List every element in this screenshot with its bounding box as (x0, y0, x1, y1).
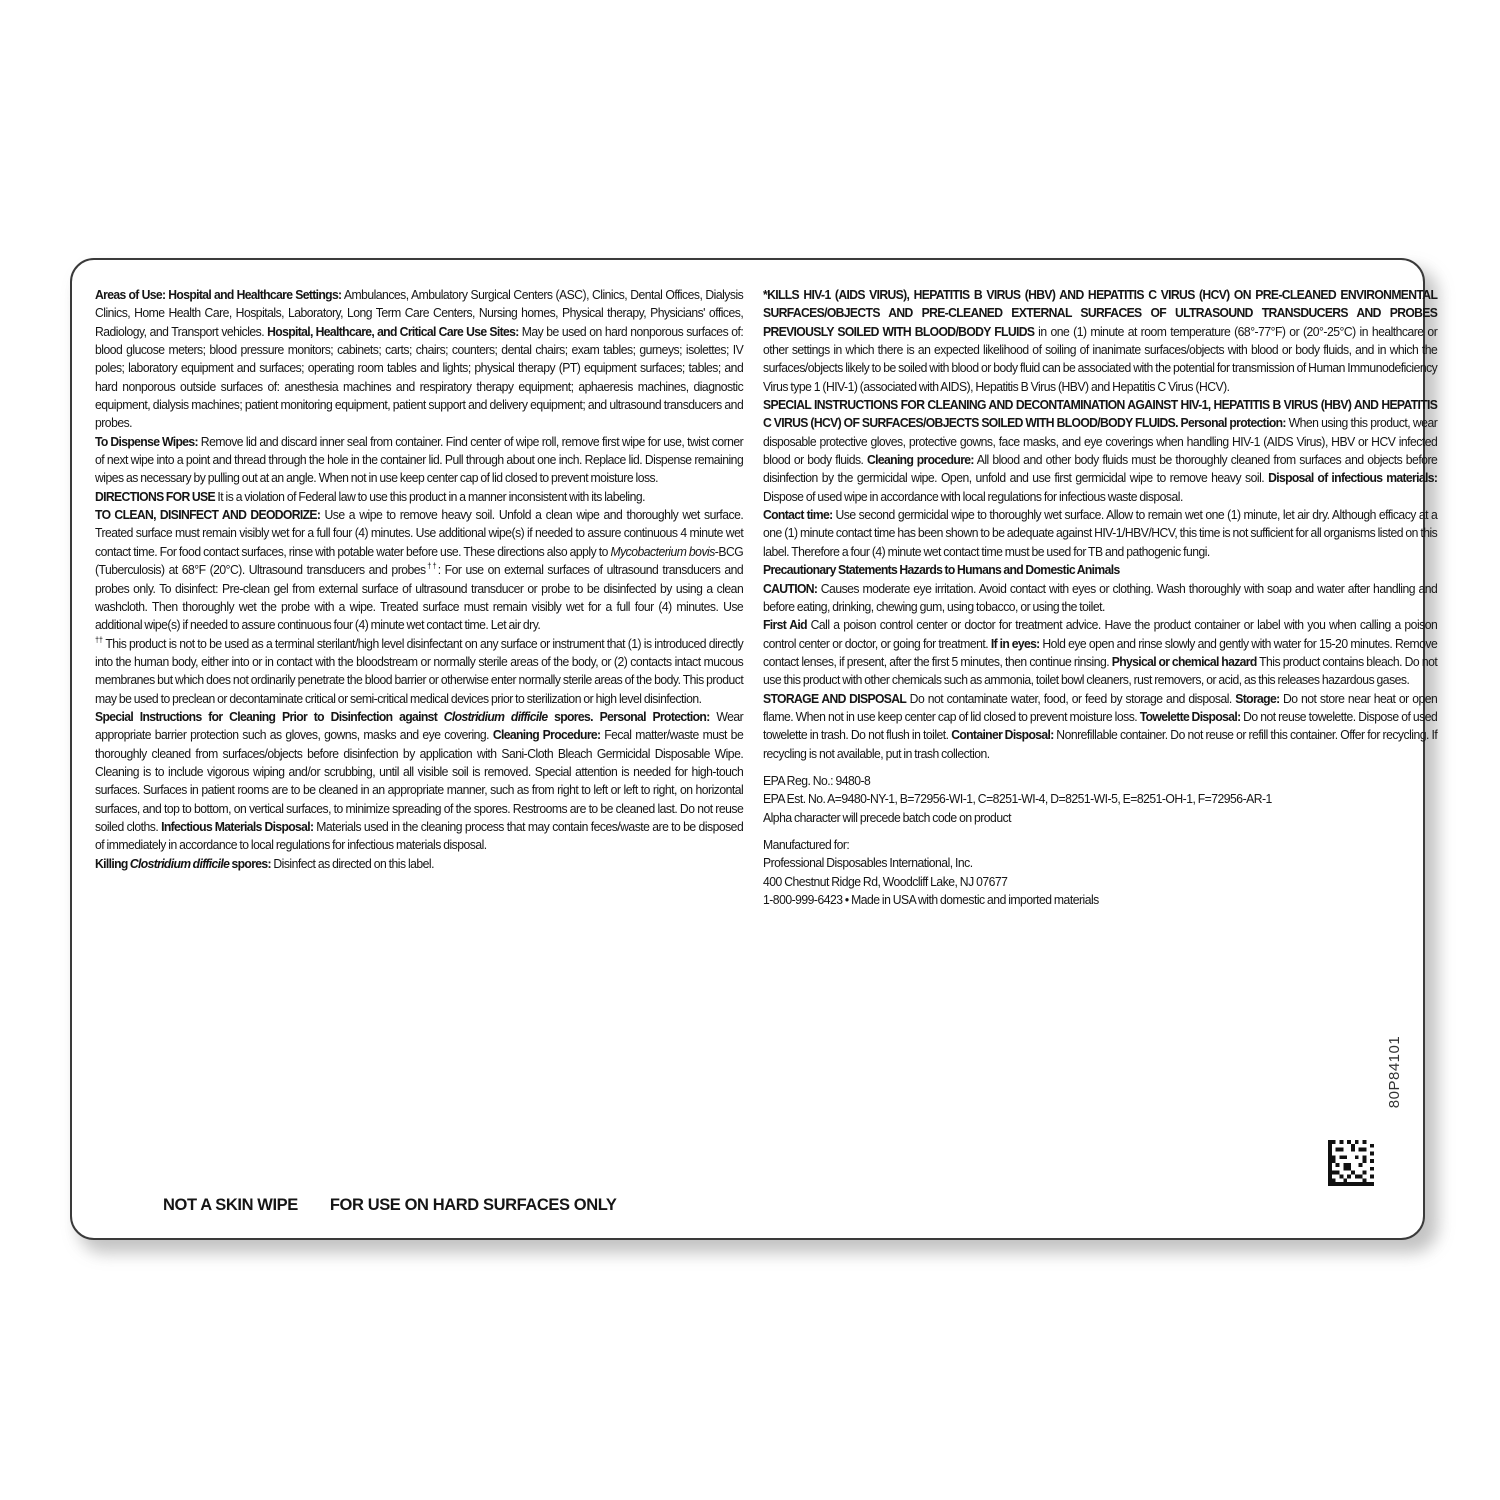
areas-of-use-section: Areas of Use: Hospital and Healthcare Se… (95, 286, 743, 433)
phone-line: 1-800-999-6423 • Made in USA with domest… (763, 891, 1437, 909)
use-sites-text: May be used on hard nonporous surfaces o… (95, 324, 743, 431)
dispense-section: To Dispense Wipes: Remove lid and discar… (95, 433, 743, 488)
hard-surfaces-only-text: FOR USE ON HARD SURFACES ONLY (330, 1196, 617, 1215)
company-name: Professional Disposables International, … (763, 854, 1437, 872)
directions-section: DIRECTIONS FOR USE It is a violation of … (95, 488, 743, 506)
cp-heading: Cleaning Procedure: (493, 727, 601, 742)
killing-text: Disinfect as directed on this label. (271, 856, 434, 871)
kills-section: *KILLS HIV-1 (AIDS VIRUS), HEPATITIS B V… (763, 286, 1437, 396)
first-aid-heading: First Aid (763, 617, 807, 632)
container-heading: Container Disposal: (951, 727, 1053, 742)
cdiff-heading-1: Special Instructions for Cleaning Prior … (95, 709, 444, 724)
manufactured-for: Manufactured for: (763, 836, 1437, 854)
data-matrix-icon (1328, 1139, 1374, 1187)
clean-section: TO CLEAN, DISINFECT AND DEODORIZE: Use a… (95, 506, 743, 634)
clean-sup: †† (426, 562, 438, 571)
alpha-note: Alpha character will precede batch code … (763, 809, 1437, 827)
killing-heading-1: Killing (95, 856, 130, 871)
caution-text: Causes moderate eye irritation. Avoid co… (763, 581, 1437, 614)
imd-heading: Infectious Materials Disposal: (161, 819, 313, 834)
clean-heading: TO CLEAN, DISINFECT AND DEODORIZE: (95, 507, 320, 522)
pp-heading: Personal Protection: (600, 709, 710, 724)
epa-reg: EPA Reg. No.: 9480-8 (763, 772, 1437, 790)
cp-text: Fecal matter/waste must be thoroughly cl… (95, 727, 743, 834)
directions-heading: DIRECTIONS FOR USE (95, 489, 215, 504)
dispense-heading: To Dispense Wipes: (95, 434, 198, 449)
caution-heading: CAUTION: (763, 581, 817, 596)
epa-est: EPA Est. No. A=9480-NY-1, B=72956-WI-1, … (763, 790, 1437, 808)
clean-italic: Mycobacterium bovis (610, 544, 714, 559)
eyes-heading: If in eyes: (991, 636, 1040, 651)
towelette-heading: Towelette Disposal: (1140, 709, 1241, 724)
directions-text: It is a violation of Federal law to use … (215, 489, 645, 504)
cdiff-section: Special Instructions for Cleaning Prior … (95, 708, 743, 855)
storage-heading: STORAGE AND DISPOSAL (763, 691, 906, 706)
hazard-heading: Physical or chemical hazard (1112, 654, 1257, 669)
use-sites-heading: Hospital, Healthcare, and Critical Care … (267, 324, 518, 339)
cdiff-heading-2: spores. (547, 709, 592, 724)
footnote-section: †† This product is not to be used as a t… (95, 635, 743, 708)
killing-section: Killing Clostridium difficile spores: Di… (95, 855, 743, 873)
footnote-text: This product is not to be used as a term… (95, 636, 743, 706)
disposal-text: Dispose of used wipe in accordance with … (763, 489, 1183, 504)
killing-heading-italic: Clostridium difficile (130, 856, 229, 871)
pp-heading: Personal protection: (1178, 415, 1286, 430)
cdiff-heading-italic: Clostridium difficile (444, 709, 548, 724)
special-instructions-section: SPECIAL INSTRUCTIONS FOR CLEANING AND DE… (763, 396, 1437, 506)
disposal-heading: Disposal of infectious materials: (1268, 470, 1437, 485)
storage-text: Do not contaminate water, food, or feed … (906, 691, 1235, 706)
storage2-heading: Storage: (1235, 691, 1279, 706)
label-left-column: Areas of Use: Hospital and Healthcare Se… (95, 286, 743, 873)
areas-of-use-heading: Areas of Use: Hospital and Healthcare Se… (95, 287, 341, 302)
label-right-column: *KILLS HIV-1 (AIDS VIRUS), HEPATITIS B V… (763, 286, 1437, 909)
not-skin-wipe-text: NOT A SKIN WIPE (163, 1196, 298, 1215)
precaution-heading: Precautionary Statements Hazards to Huma… (763, 561, 1437, 579)
contact-heading: Contact time: (763, 507, 832, 522)
storage-section: STORAGE AND DISPOSAL Do not contaminate … (763, 690, 1437, 763)
vertical-product-code: 80P84101 (1386, 1032, 1406, 1112)
killing-heading-2: spores: (229, 856, 271, 871)
contact-text: Use second germicidal wipe to thoroughly… (763, 507, 1437, 559)
cp-heading: Cleaning procedure: (867, 452, 974, 467)
company-address: 400 Chestnut Ridge Rd, Woodcliff Lake, N… (763, 873, 1437, 891)
first-aid-section: First Aid Call a poison control center o… (763, 616, 1437, 689)
surface-warning: NOT A SKIN WIPEFOR USE ON HARD SURFACES … (163, 1196, 617, 1215)
caution-section: CAUTION: Causes moderate eye irritation.… (763, 580, 1437, 617)
contact-time-section: Contact time: Use second germicidal wipe… (763, 506, 1437, 561)
